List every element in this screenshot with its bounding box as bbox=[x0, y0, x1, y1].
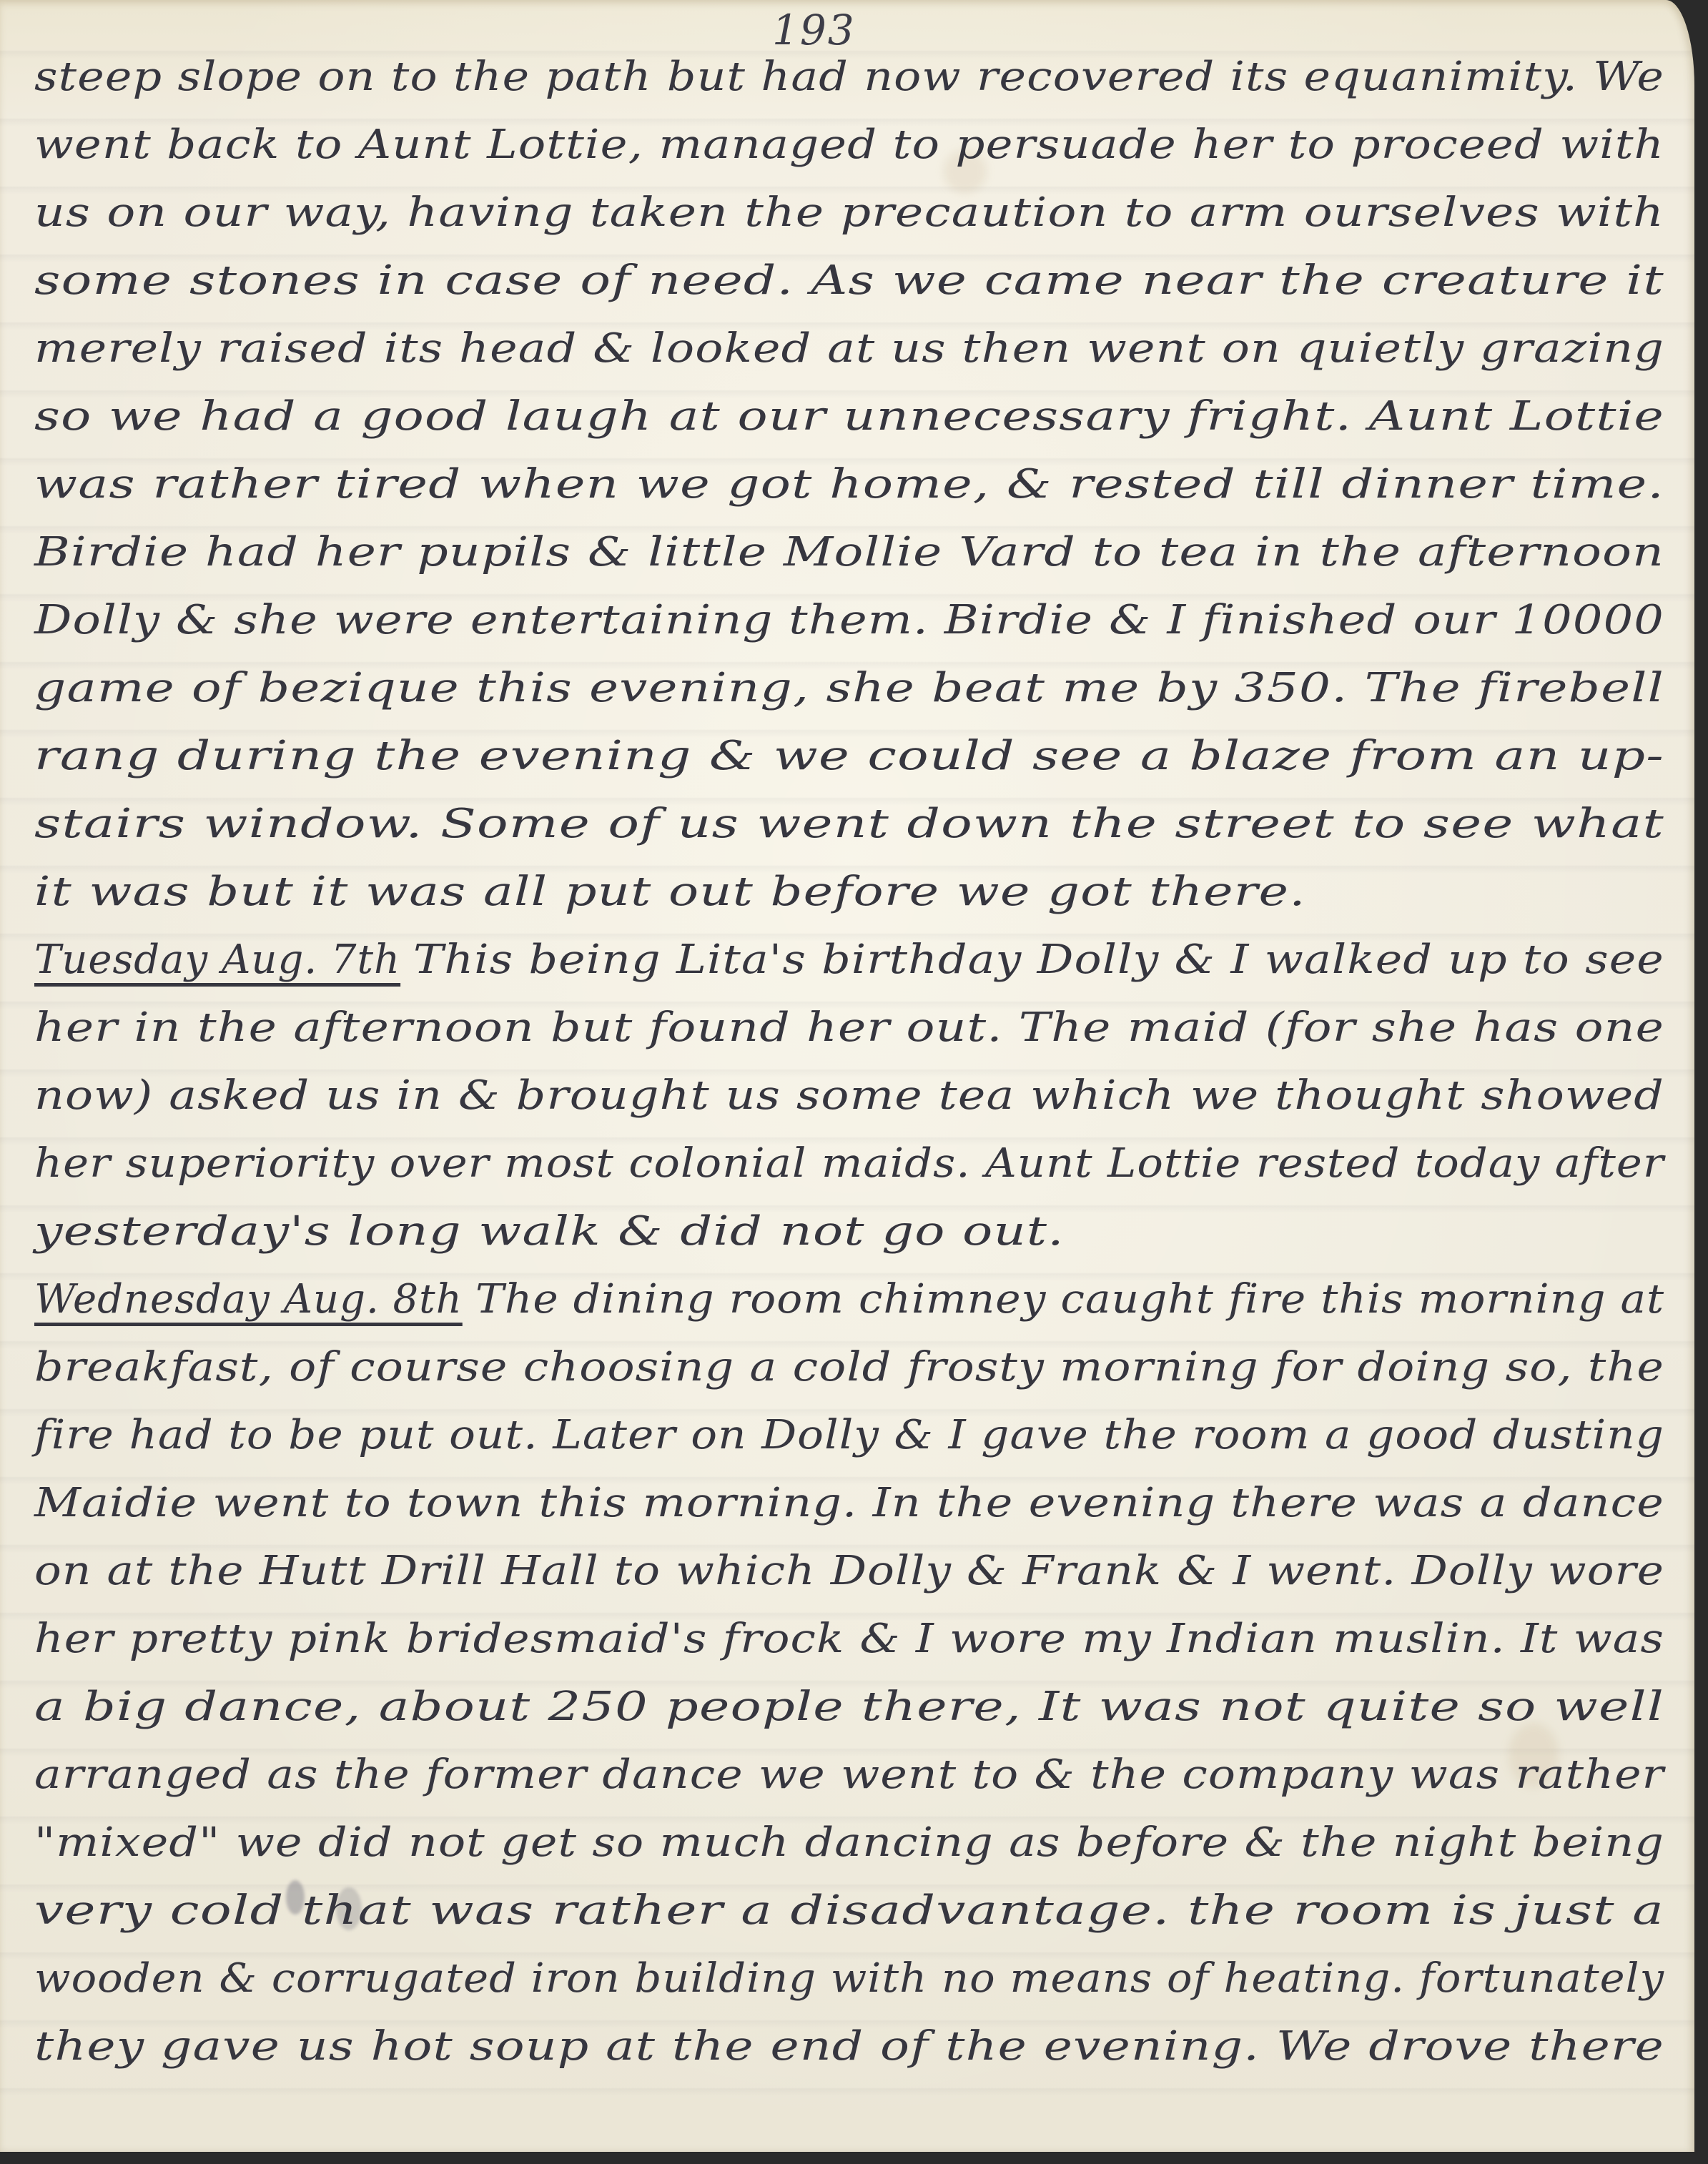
text-line-dated-entry: Tuesday Aug. 7thThis being Lita's birthd… bbox=[34, 926, 1672, 994]
text-line: went back to Aunt Lottie, managed to per… bbox=[34, 111, 1672, 179]
text-line: some stones in case of need. As we came … bbox=[34, 247, 1672, 315]
text-line: stairs window. Some of us went down the … bbox=[34, 790, 1672, 858]
text-line: her superiority over most colonial maids… bbox=[34, 1130, 1672, 1197]
text-line: fire had to be put out. Later on Dolly &… bbox=[34, 1401, 1672, 1469]
text-line: yesterday's long walk & did not go out. bbox=[34, 1197, 1672, 1265]
entry-date-heading: Tuesday Aug. 7th bbox=[34, 937, 400, 983]
text-line: Maidie went to town this morning. In the… bbox=[34, 1469, 1672, 1537]
handwritten-text-body: steep slope on to the path but had now r… bbox=[34, 43, 1672, 2080]
text-line: us on our way, having taken the precauti… bbox=[34, 179, 1672, 247]
text-line: was rather tired when we got home, & res… bbox=[34, 450, 1672, 518]
text-line: so we had a good laugh at our unnecessar… bbox=[34, 382, 1672, 450]
entry-date-heading: Wednesday Aug. 8th bbox=[34, 1276, 463, 1323]
text-line: now) asked us in & brought us some tea w… bbox=[34, 1062, 1672, 1130]
text-line: Birdie had her pupils & little Mollie Va… bbox=[34, 518, 1672, 586]
text-line: "mixed" we did not get so much dancing a… bbox=[34, 1809, 1672, 1877]
text-line-dated-entry: Wednesday Aug. 8thThe dining room chimne… bbox=[34, 1265, 1672, 1333]
text-line: her in the afternoon but found her out. … bbox=[34, 994, 1672, 1062]
text-line: a big dance, about 250 people there, It … bbox=[34, 1673, 1672, 1741]
diary-page: 193 steep slope on to the path but had n… bbox=[0, 0, 1694, 2152]
text-line: it was but it was all put out before we … bbox=[34, 858, 1672, 926]
text-line: Dolly & she were entertaining them. Bird… bbox=[34, 586, 1672, 654]
text-line: rang during the evening & we could see a… bbox=[34, 722, 1672, 790]
text-line: on at the Hutt Drill Hall to which Dolly… bbox=[34, 1537, 1672, 1605]
text-line: arranged as the former dance we went to … bbox=[34, 1741, 1672, 1809]
text-line: merely raised its head & looked at us th… bbox=[34, 315, 1672, 382]
text-line: steep slope on to the path but had now r… bbox=[34, 43, 1672, 111]
text-line: wooden & corrugated iron building with n… bbox=[34, 1945, 1672, 2012]
text-line: breakfast, of course choosing a cold fro… bbox=[34, 1333, 1672, 1401]
text-line: they gave us hot soup at the end of the … bbox=[34, 2012, 1672, 2080]
text-line: game of bezique this evening, she beat m… bbox=[34, 654, 1672, 722]
text-line: her pretty pink bridesmaid's frock & I w… bbox=[34, 1605, 1672, 1673]
text-line: very cold that was rather a disadvantage… bbox=[34, 1877, 1672, 1945]
